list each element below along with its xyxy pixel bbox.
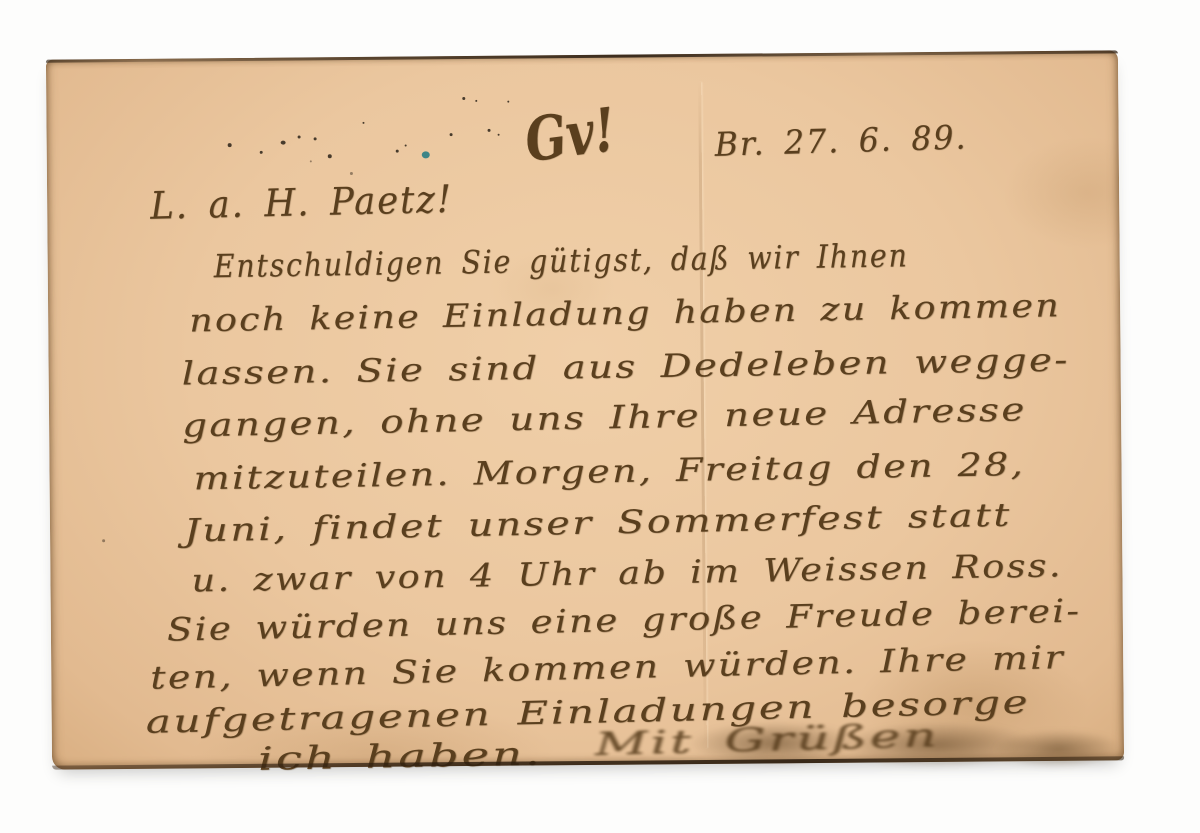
ink-speck [298, 135, 301, 138]
body-line: gangen, ohne uns Ihre neue Adresse [182, 392, 1027, 443]
dateline: Br. 27. 6. 89. [714, 119, 968, 163]
ink-speck [228, 143, 232, 147]
body-line: lassen. Sie sind aus Dedeleben wegge- [181, 343, 1069, 392]
ink-speck [507, 101, 509, 103]
ink-speck [102, 539, 105, 542]
body-line: Sie würden uns eine große Freude berei- [167, 594, 1082, 648]
ink-speck [488, 129, 491, 132]
body-line: Juni, findet unser Sommerfest statt [184, 498, 1012, 549]
postcard: Gv! Br. 27. 6. 89. L. a. H. Paetz! Entsc… [46, 50, 1124, 769]
salutation: L. a. H. Paetz! [150, 179, 454, 228]
body-line: noch keine Einladung haben zu kommen [189, 288, 1061, 338]
ink-speck [475, 100, 477, 102]
scan-background: Gv! Br. 27. 6. 89. L. a. H. Paetz! Entsc… [0, 0, 1200, 833]
ink-speck [362, 122, 364, 124]
ink-speck [281, 141, 286, 145]
ink-speck [498, 134, 500, 136]
ink-speck [450, 133, 453, 136]
ink-speck [396, 150, 399, 153]
teal-ink-speck [422, 151, 430, 158]
body-line: Entschuldigen Sie gütigst, daß wir Ihnen [213, 238, 908, 284]
ink-speck [462, 97, 465, 100]
body-line: u. zwar von 4 Uhr ab im Weissen Ross. [191, 548, 1063, 598]
ink-speck [310, 160, 312, 162]
body-line: mitzuteilen. Morgen, Freitag den 28, [193, 447, 1025, 497]
smudged-signature [688, 721, 858, 766]
ink-speck [314, 137, 317, 140]
ink-speck [350, 172, 353, 175]
ink-speck [328, 154, 332, 158]
fraternity-cipher: Gv! [521, 97, 619, 174]
ink-speck [260, 151, 263, 154]
ink-speck [405, 145, 407, 147]
smudged-signature [993, 729, 1123, 768]
body-line: ich haben. [258, 736, 543, 777]
